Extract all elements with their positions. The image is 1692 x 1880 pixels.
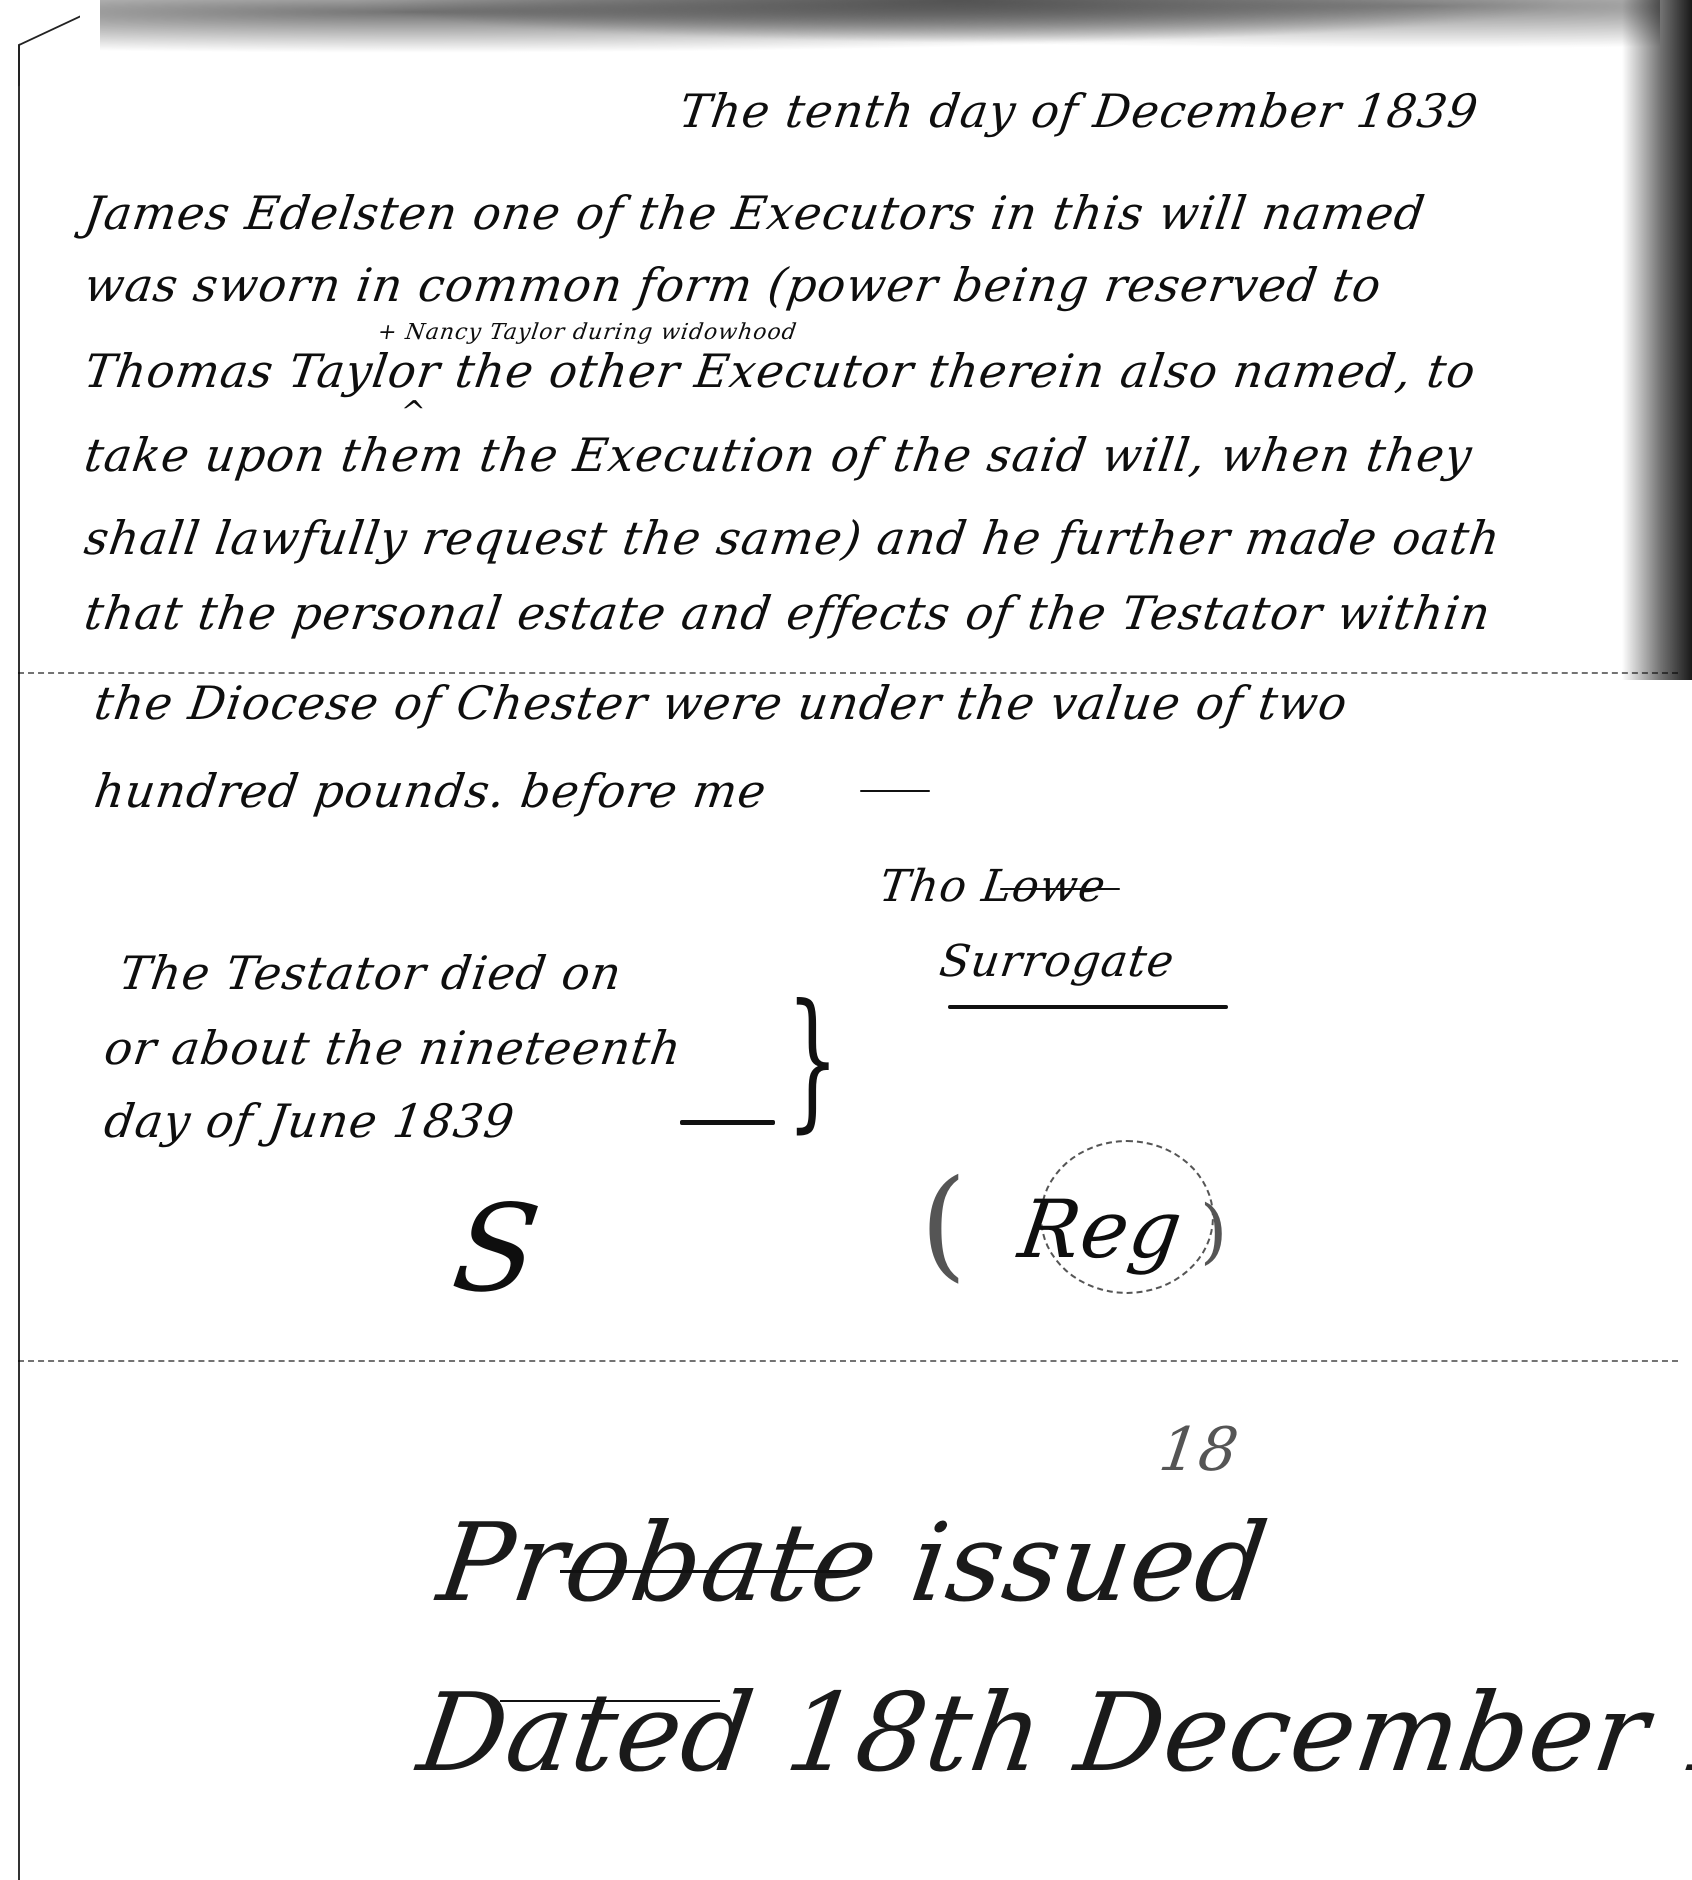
death-note-line-3: day of June 1839 [102,1098,518,1144]
signature-underline [948,1005,1228,1009]
date-header: The tenth day of December 1839 [677,88,1482,134]
folded-corner-icon [18,16,80,87]
death-note-line-1: The Testator died on [117,950,625,996]
body-line-6: that the personal estate and effects of … [82,590,1494,636]
signature-flourish [1000,888,1120,890]
strike-line [560,1570,850,1573]
fold-line [18,1360,1678,1362]
scan-smudge-right [1622,0,1692,680]
brace-icon: } [786,985,838,1135]
endorsement-line-1: Probate issued [432,1510,1274,1618]
page-left-edge [18,55,20,1880]
body-line-1: James Edelsten one of the Executors in t… [82,190,1428,236]
dash-mark [680,1120,775,1125]
pencil-note: 18 [1156,1420,1243,1480]
signature-title: Surrogate [937,940,1177,984]
body-line-2: was sworn in common form (power being re… [82,262,1385,308]
body-line-7: the Diocese of Chester were under the va… [92,680,1351,726]
interlineation: + Nancy Taylor during widowhood [376,322,798,344]
body-line-4: take upon them the Execution of the said… [82,432,1476,478]
body-line-5: shall lawfully request the same) and he … [82,515,1504,561]
endorsement-line-2: Dated 18th December 1839 [412,1680,1692,1788]
scanned-page: The tenth day of December 1839 James Ede… [0,0,1692,1880]
stamp-text: Reg [1014,1190,1187,1270]
flourish-mark: S [447,1190,547,1310]
body-line-3: Thomas Taylor the other Executor therein… [82,348,1479,394]
death-note-line-2: or about the nineteenth [102,1025,685,1071]
fold-line [18,672,1678,674]
scan-smudge-top [100,0,1660,60]
insertion-caret: ^ [398,398,428,428]
signature-name: Tho Lowe [877,865,1109,909]
paren-right: ) [1200,1190,1227,1272]
paren-left: ( [920,1155,967,1294]
strike-line [500,1700,720,1702]
registration-stamp: ( Reg ) [920,1130,1250,1330]
body-line-8: hundred pounds. before me [92,768,770,814]
dash-mark [860,790,930,792]
